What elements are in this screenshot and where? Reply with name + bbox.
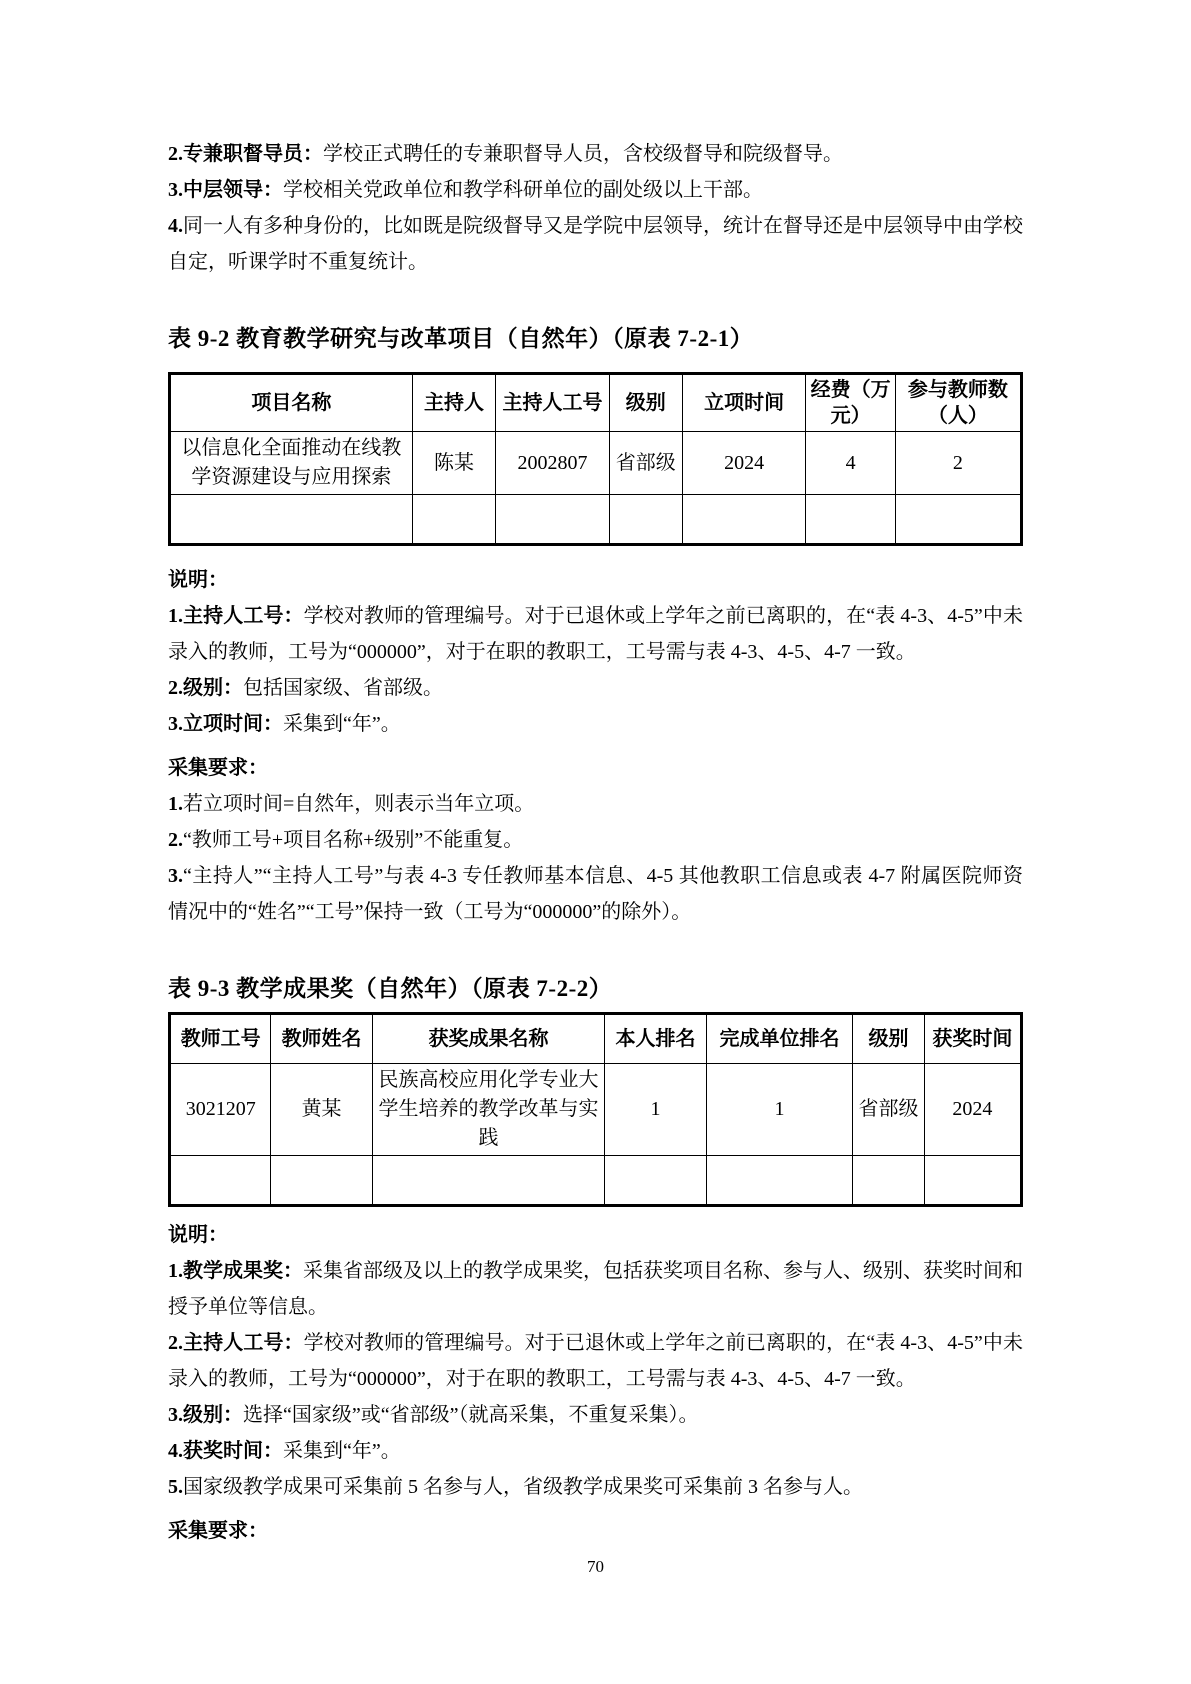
cell-empty [706, 1156, 853, 1206]
header-cell-level: 级别 [609, 374, 682, 432]
header-cell-approval-time: 立项时间 [682, 374, 806, 432]
requirement-text: 若立项时间=自然年，则表示当年立项。 [183, 793, 534, 815]
table-9-3-notes: 说明： 1.教学成果奖：采集省部级及以上的教学成果奖，包括获奖项目名称、参与人、… [168, 1217, 1023, 1505]
requirement-paragraph: 2.“教师工号+项目名称+级别”不能重复。 [168, 822, 1023, 858]
table-header-row: 项目名称 主持人 主持人工号 级别 立项时间 经费（万元） 参与教师数（人） [170, 374, 1022, 432]
cell-funds: 4 [806, 432, 895, 495]
requirement-paragraph: 3.“主持人”“主持人工号”与表 4-3 专任教师基本信息、4-5 其他教职工信… [168, 858, 1023, 930]
document-page: 2.专兼职督导员：学校正式聘任的专兼职督导人员，含校级督导和院级督导。 3.中层… [0, 0, 1191, 1684]
requirement-paragraph: 1.若立项时间=自然年，则表示当年立项。 [168, 786, 1023, 822]
cell-level: 省部级 [853, 1064, 925, 1156]
requirement-label: 1. [168, 793, 183, 815]
cell-empty [609, 495, 682, 545]
header-cell-award-time: 获奖时间 [924, 1014, 1021, 1064]
cell-empty [682, 495, 806, 545]
page-content: 2.专兼职督导员：学校正式聘任的专兼职督导人员，含校级督导和院级督导。 3.中层… [168, 0, 1023, 1579]
cell-teacher-name: 黄某 [271, 1064, 372, 1156]
requirement-label: 2. [168, 829, 183, 851]
requirements-title: 采集要求： [168, 1513, 1023, 1549]
cell-personal-rank: 1 [605, 1064, 706, 1156]
table-9-3: 教师工号 教师姓名 获奖成果名称 本人排名 完成单位排名 级别 获奖时间 302… [168, 1012, 1023, 1207]
note-label: 4. [168, 215, 183, 237]
cell-unit-rank: 1 [706, 1064, 853, 1156]
table-row: 3021207 黄某 民族高校应用化学专业大学生培养的教学改革与实践 1 1 省… [170, 1064, 1022, 1156]
note-paragraph: 4.同一人有多种身份的，比如既是院级督导又是学院中层领导，统计在督导还是中层领导… [168, 208, 1023, 280]
note-text: 采集到“年”。 [283, 1440, 401, 1462]
header-cell-level: 级别 [853, 1014, 925, 1064]
note-label: 5. [168, 1476, 183, 1498]
note-label: 3.中层领导： [168, 179, 283, 201]
note-paragraph: 3.中层领导：学校相关党政单位和教学科研单位的副处级以上干部。 [168, 172, 1023, 208]
cell-host: 陈某 [412, 432, 495, 495]
cell-award-name: 民族高校应用化学专业大学生培养的教学改革与实践 [372, 1064, 605, 1156]
note-text: 学校相关党政单位和教学科研单位的副处级以上干部。 [283, 179, 763, 201]
header-cell-award-name: 获奖成果名称 [372, 1014, 605, 1064]
cell-empty [806, 495, 895, 545]
note-paragraph: 3.立项时间：采集到“年”。 [168, 706, 1023, 742]
cell-level: 省部级 [609, 432, 682, 495]
note-text: 同一人有多种身份的，比如既是院级督导又是学院中层领导，统计在督导还是中层领导中由… [168, 215, 1023, 273]
cell-empty [853, 1156, 925, 1206]
cell-teacher-count: 2 [895, 432, 1021, 495]
table-9-3-title: 表 9-3 教学成果奖（自然年）（原表 7-2-2） [168, 974, 1023, 1004]
note-text: 学校正式聘任的专兼职督导人员，含校级督导和院级督导。 [323, 143, 843, 165]
note-paragraph: 2.主持人工号：学校对教师的管理编号。对于已退休或上学年之前已离职的，在“表 4… [168, 1325, 1023, 1397]
cell-approval-time: 2024 [682, 432, 806, 495]
table-9-3-requirements: 采集要求： [168, 1513, 1023, 1549]
cell-empty [605, 1156, 706, 1206]
requirement-text: “主持人”“主持人工号”与表 4-3 专任教师基本信息、4-5 其他教职工信息或… [168, 865, 1023, 923]
header-cell-personal-rank: 本人排名 [605, 1014, 706, 1064]
note-paragraph: 2.级别：包括国家级、省部级。 [168, 670, 1023, 706]
note-label: 1.主持人工号： [168, 605, 304, 627]
cell-empty [496, 495, 609, 545]
table-row-empty [170, 1156, 1022, 1206]
note-paragraph: 5.国家级教学成果可采集前 5 名参与人，省级教学成果奖可采集前 3 名参与人。 [168, 1469, 1023, 1505]
cell-empty [372, 1156, 605, 1206]
cell-award-time: 2024 [924, 1064, 1021, 1156]
note-text: 包括国家级、省部级。 [243, 677, 443, 699]
cell-project-name: 以信息化全面推动在线教学资源建设与应用探索 [170, 432, 413, 495]
note-label: 1.教学成果奖： [168, 1260, 303, 1282]
cell-empty [170, 495, 413, 545]
table-header-row: 教师工号 教师姓名 获奖成果名称 本人排名 完成单位排名 级别 获奖时间 [170, 1014, 1022, 1064]
header-cell-teacher-name: 教师姓名 [271, 1014, 372, 1064]
header-cell-funds: 经费（万元） [806, 374, 895, 432]
table-row: 以信息化全面推动在线教学资源建设与应用探索 陈某 2002807 省部级 202… [170, 432, 1022, 495]
table-9-2-notes: 说明： 1.主持人工号：学校对教师的管理编号。对于已退休或上学年之前已离职的，在… [168, 562, 1023, 742]
note-text: 采集到“年”。 [283, 713, 401, 735]
table-row-empty [170, 495, 1022, 545]
note-label: 3.级别： [168, 1404, 243, 1426]
requirements-title: 采集要求： [168, 750, 1023, 786]
header-cell-teacher-count: 参与教师数（人） [895, 374, 1021, 432]
top-notes-block: 2.专兼职督导员：学校正式聘任的专兼职督导人员，含校级督导和院级督导。 3.中层… [168, 0, 1023, 280]
notes-title: 说明： [168, 1217, 1023, 1253]
requirement-text: “教师工号+项目名称+级别”不能重复。 [183, 829, 523, 851]
cell-teacher-id: 3021207 [170, 1064, 271, 1156]
note-label: 2.专兼职督导员： [168, 143, 323, 165]
cell-empty [170, 1156, 271, 1206]
cell-empty [271, 1156, 372, 1206]
header-cell-project-name: 项目名称 [170, 374, 413, 432]
note-paragraph: 2.专兼职督导员：学校正式聘任的专兼职督导人员，含校级督导和院级督导。 [168, 136, 1023, 172]
table-9-2-title: 表 9-2 教育教学研究与改革项目（自然年）（原表 7-2-1） [168, 324, 1023, 354]
note-paragraph: 1.主持人工号：学校对教师的管理编号。对于已退休或上学年之前已离职的，在“表 4… [168, 598, 1023, 670]
page-number: 70 [168, 1555, 1023, 1579]
table-9-2-requirements: 采集要求： 1.若立项时间=自然年，则表示当年立项。 2.“教师工号+项目名称+… [168, 750, 1023, 930]
note-label: 2.级别： [168, 677, 243, 699]
note-label: 2.主持人工号： [168, 1332, 304, 1354]
table-9-2: 项目名称 主持人 主持人工号 级别 立项时间 经费（万元） 参与教师数（人） 以… [168, 372, 1023, 546]
header-cell-host: 主持人 [412, 374, 495, 432]
notes-title: 说明： [168, 562, 1023, 598]
note-text: 选择“国家级”或“省部级”（就高采集，不重复采集）。 [243, 1404, 699, 1426]
header-cell-host-id: 主持人工号 [496, 374, 609, 432]
requirement-label: 3. [168, 865, 183, 887]
cell-empty [412, 495, 495, 545]
header-cell-unit-rank: 完成单位排名 [706, 1014, 853, 1064]
header-cell-teacher-id: 教师工号 [170, 1014, 271, 1064]
note-text: 国家级教学成果可采集前 5 名参与人，省级教学成果奖可采集前 3 名参与人。 [183, 1476, 863, 1498]
note-label: 4.获奖时间： [168, 1440, 283, 1462]
cell-empty [895, 495, 1021, 545]
cell-host-id: 2002807 [496, 432, 609, 495]
note-label: 3.立项时间： [168, 713, 283, 735]
cell-empty [924, 1156, 1021, 1206]
note-paragraph: 1.教学成果奖：采集省部级及以上的教学成果奖，包括获奖项目名称、参与人、级别、获… [168, 1253, 1023, 1325]
note-paragraph: 4.获奖时间：采集到“年”。 [168, 1433, 1023, 1469]
note-paragraph: 3.级别：选择“国家级”或“省部级”（就高采集，不重复采集）。 [168, 1397, 1023, 1433]
